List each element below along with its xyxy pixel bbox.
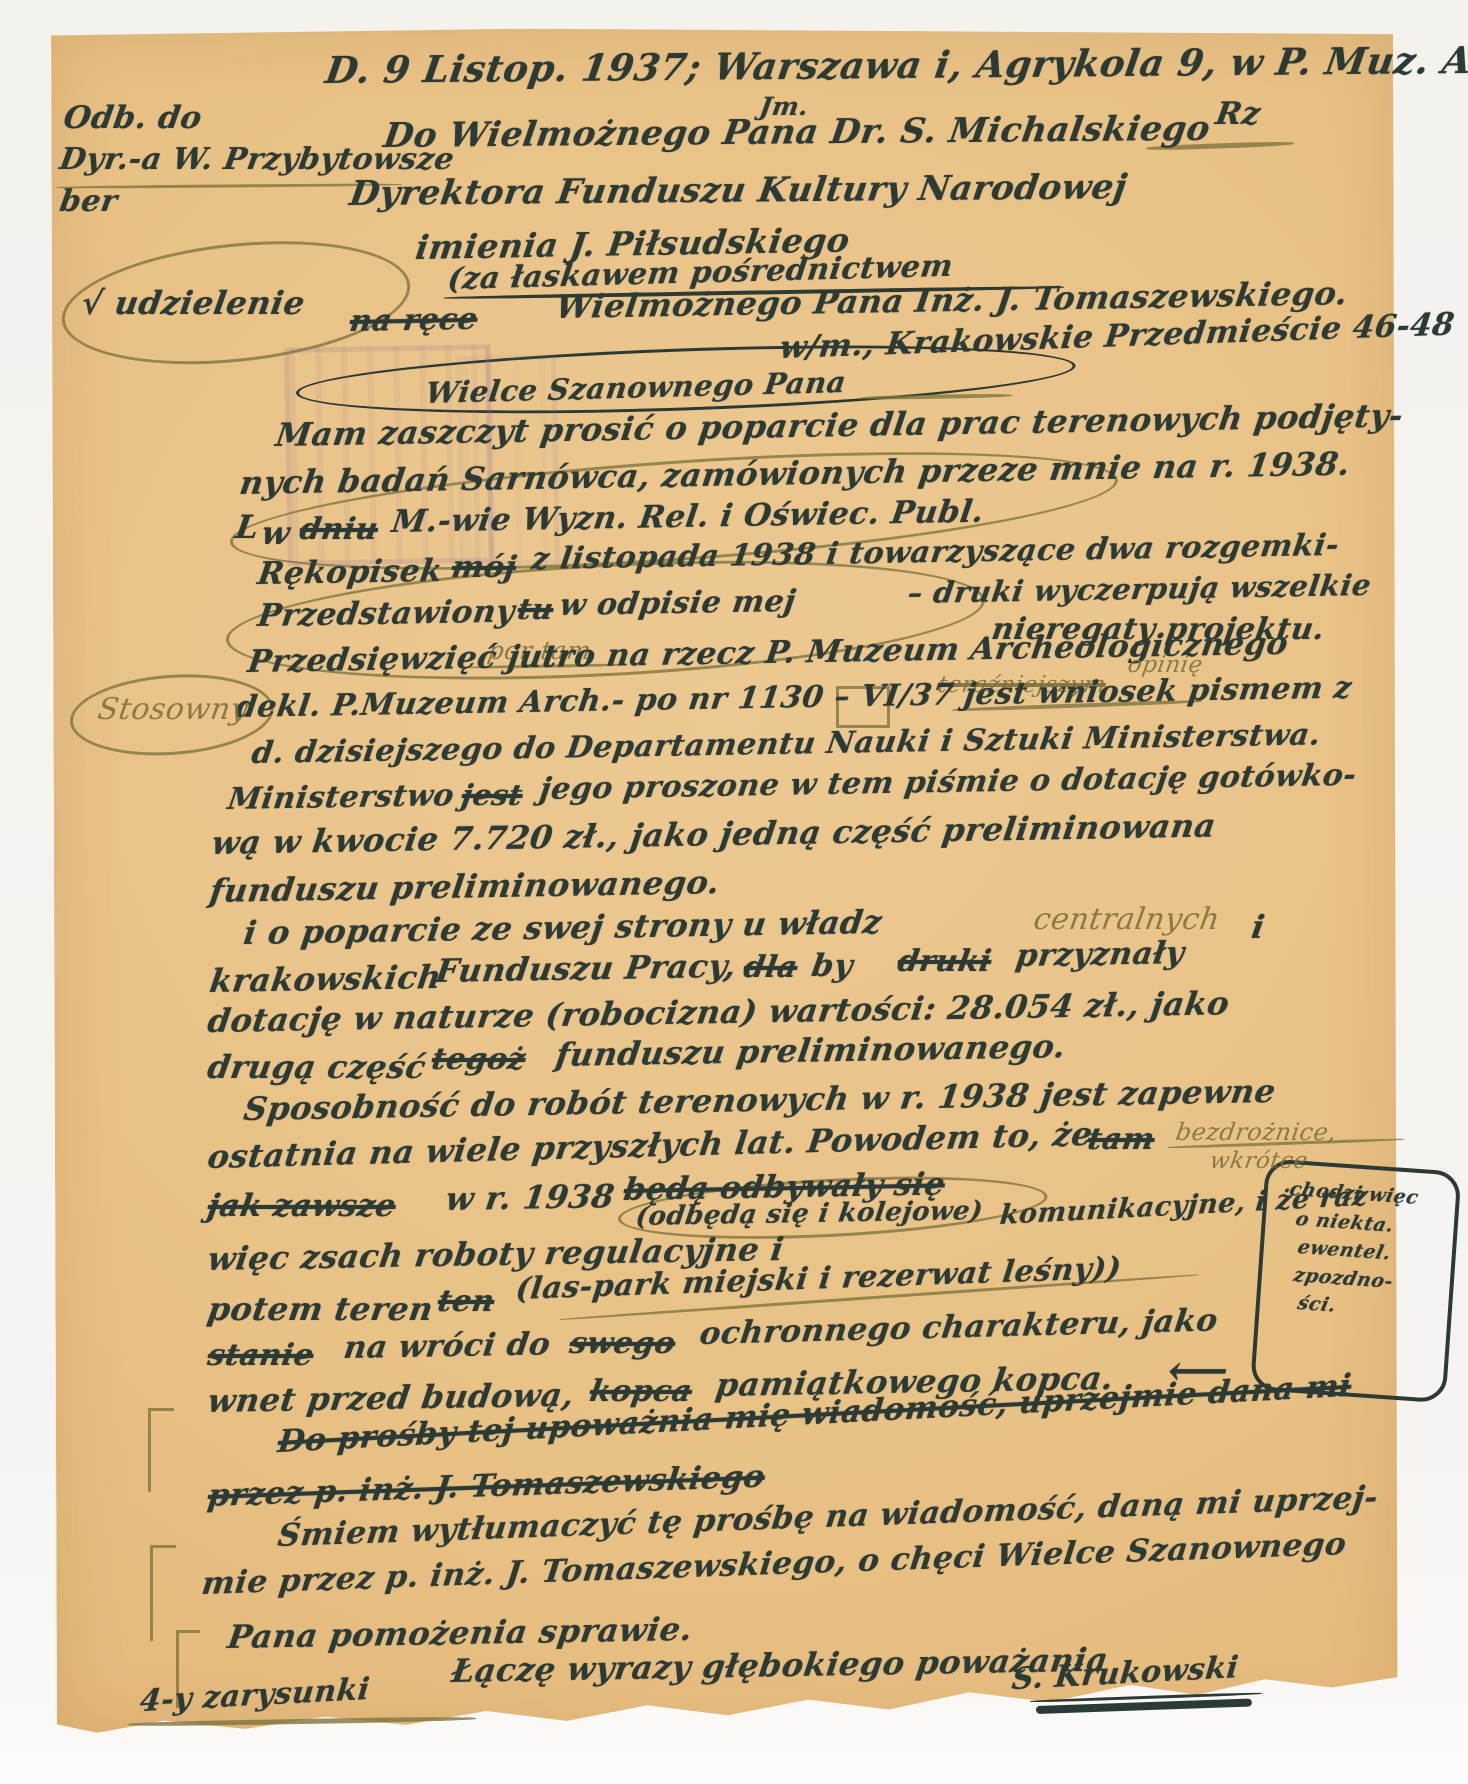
signature-squiggle (1036, 1698, 1252, 1714)
letter-paper (51, 26, 1399, 1737)
scanned-document-page: D. 9 Listop. 1937; Warszawa i, Agrykola … (0, 0, 1468, 1784)
